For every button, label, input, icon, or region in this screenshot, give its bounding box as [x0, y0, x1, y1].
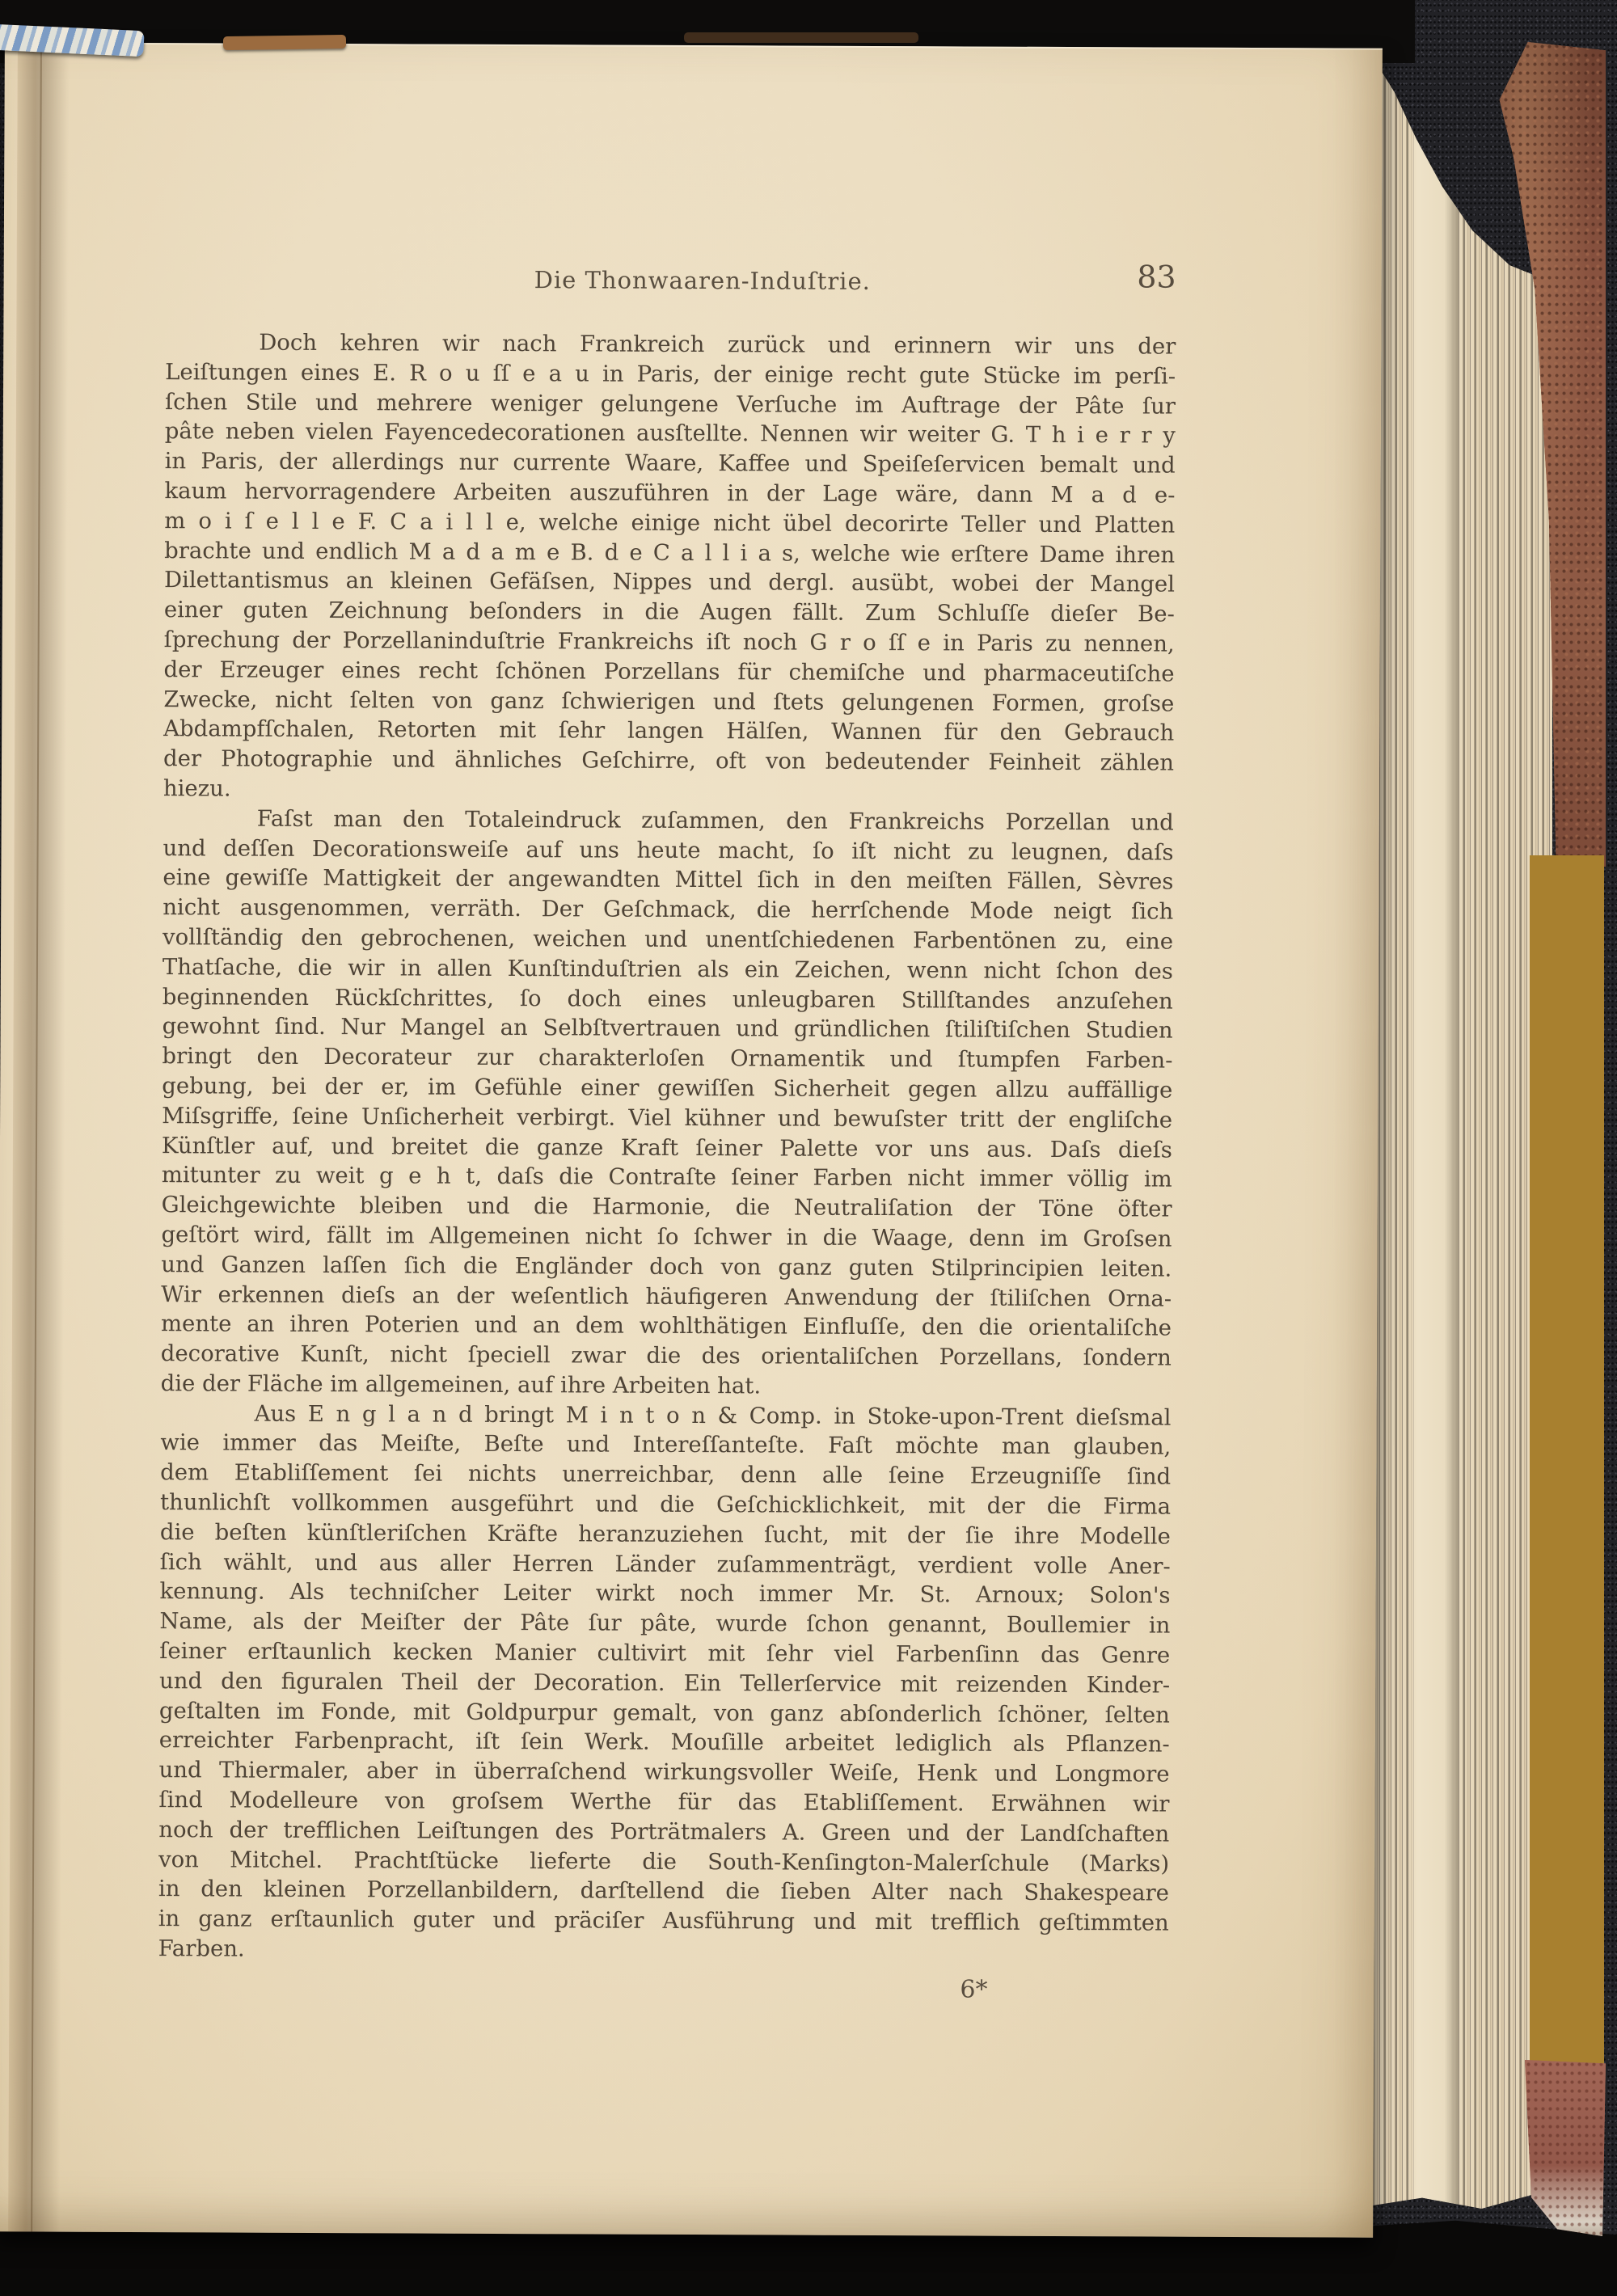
text-line: und Thiermaler, aber in überraſchend wir… — [159, 1755, 1170, 1789]
signature-mark: 6* — [960, 1975, 987, 2003]
text-line: geſtört wird, fällt im Allgemeinen nicht… — [161, 1220, 1172, 1254]
text-line: Dilettantismus an kleinen Gefäſsen, Nipp… — [164, 566, 1175, 600]
text-line: Thatſache, die wir in allen Kunſtinduſtr… — [163, 952, 1173, 986]
text-line: Künſtler auf, und breitet die ganze Kraf… — [162, 1131, 1172, 1165]
text-line: der Photographie und ähnliches Geſchirre… — [163, 744, 1174, 778]
cover-marbled-board-edge — [1530, 855, 1604, 2068]
text-line: Gleichgewichte bleiben und die Harmonie,… — [162, 1190, 1172, 1224]
text-line: kaum hervorragendere Arbeiten auszuführe… — [164, 476, 1175, 510]
paragraph: Aus E n g l a n d bringt M i n t o n & C… — [158, 1399, 1172, 1969]
text-line: in ganz erſtaunlich guter und präciſer A… — [158, 1904, 1169, 1938]
text-line: m o i ſ e l l e F. C a i l l e, welche e… — [164, 506, 1175, 540]
binding-edge-top — [223, 35, 346, 50]
running-title: Die Thonwaaren-Induſtrie. — [534, 266, 871, 295]
text-line: ſind Modelleure von groſsem Werthe für d… — [158, 1785, 1169, 1819]
text-line: pâte neben vielen Fayencedecorationen au… — [165, 417, 1176, 451]
text-line: Miſsgriffe, ſeine Unſicherheit verbirgt.… — [162, 1101, 1172, 1135]
body-text: Doch kehren wir nach Frankreich zurück u… — [158, 327, 1176, 1968]
book-fore-edge-pages — [1366, 49, 1552, 2215]
text-line: Zwecke, nicht ſelten von ganz ſchwierige… — [163, 685, 1174, 719]
page-edge-highlight — [1408, 49, 1459, 2215]
text-line: Doch kehren wir nach Frankreich zurück u… — [165, 327, 1176, 361]
binding-edge-top-faint — [684, 32, 918, 43]
paragraph: Doch kehren wir nach Frankreich zurück u… — [163, 327, 1176, 808]
paragraph: Faſst man den Totaleindruck zuſammen, de… — [161, 804, 1174, 1403]
text-line: in den kleinen Porzellanbildern, darſtel… — [158, 1875, 1169, 1909]
text-line: wie immer das Meiſte, Beſte und Intereſſ… — [160, 1429, 1171, 1462]
text-line: gebung, bei der er, im Gefühle einer gew… — [162, 1071, 1172, 1105]
text-line: gewohnt ſind. Nur Mangel an Selbſtvertra… — [163, 1011, 1173, 1045]
text-line: Name, als der Meiſter der Pâte ſur pâte,… — [159, 1606, 1170, 1640]
text-line: nicht ausgenommen, verräth. Der Geſchmac… — [163, 893, 1173, 926]
text-line: Abdampfſchalen, Retorten mit ſehr langen… — [163, 715, 1174, 749]
text-line: beginnenden Rückſchrittes, ſo doch eines… — [163, 982, 1173, 1016]
text-line: brachte und endlich M a d a m e B. d e C… — [164, 536, 1175, 570]
text-line: Farben. — [158, 1934, 1169, 1968]
text-line: und deſſen Decorationsweiſe auf uns heut… — [163, 834, 1173, 867]
text-line: thunlichſt vollkommen ausgeführt und die… — [160, 1488, 1171, 1522]
text-line: Aus E n g l a n d bringt M i n t o n & C… — [160, 1399, 1171, 1433]
text-line: ſchen Stile und mehrere weniger gelungen… — [165, 387, 1176, 421]
text-line: und den figuralen Theil der Decoration. … — [159, 1666, 1170, 1700]
text-line: noch der trefflichen Leiſtungen des Port… — [158, 1815, 1169, 1849]
text-line: bringt den Decorateur zur charakterloſen… — [162, 1041, 1172, 1075]
text-line: dem Etabliſſement ſei nichts unerreichba… — [160, 1458, 1171, 1492]
text-line: vollſtändig den gebrochenen, weichen und… — [163, 922, 1173, 956]
text-line: von Mitchel. Prachtſtücke lieferte die S… — [158, 1845, 1169, 1879]
text-line: erreichter Farbenpracht, iſt ſein Werk. … — [159, 1726, 1170, 1760]
text-line: Wir erkennen dieſs an der weſentlich häu… — [161, 1280, 1172, 1314]
text-line: der Erzeuger eines recht ſchönen Porzell… — [163, 655, 1174, 689]
book-page: Die Thonwaaren-Induſtrie. 83 Doch kehren… — [0, 42, 1383, 2237]
text-line: Faſst man den Totaleindruck zuſammen, de… — [163, 804, 1174, 838]
text-line: geſtalten im Fonde, mit Goldpurpur gemal… — [159, 1696, 1170, 1730]
text-line: und Ganzen laſſen ſich die Engländer doc… — [161, 1250, 1172, 1284]
text-line: die beſten künſtleriſchen Kräfte heranzu… — [160, 1517, 1171, 1551]
text-line: ſprechung der Porzellaninduſtrie Frankre… — [164, 625, 1175, 659]
text-line: ſeiner erſtaunlich kecken Manier cultivi… — [159, 1636, 1170, 1670]
text-line: ſich wählt, und aus aller Herren Länder … — [160, 1547, 1171, 1581]
text-line: decorative Kunſt, nicht ſpeciell zwar di… — [161, 1339, 1172, 1373]
scanned-book-photo: Die Thonwaaren-Induſtrie. 83 Doch kehren… — [0, 0, 1617, 2296]
text-line: in Paris, der allerdings nur currente Wa… — [165, 446, 1176, 480]
text-line: eine gewiſſe Mattigkeit der angewandten … — [163, 863, 1173, 897]
page-edge-highlight — [1470, 179, 1517, 2215]
text-line: die der Fläche im allgemeinen, auf ihre … — [161, 1369, 1172, 1403]
text-line: mitunter zu weit g e h t, daſs die Contr… — [162, 1160, 1172, 1194]
text-line: einer guten Zeichnung beſonders in die A… — [164, 595, 1175, 629]
text-line: kennung. Als techniſcher Leiter wirkt no… — [159, 1577, 1170, 1611]
page-number: 83 — [1087, 259, 1176, 294]
text-line: hiezu. — [163, 774, 1174, 808]
cover-leather-corner-bottom — [1525, 2060, 1606, 2236]
text-line: Leiſtungen eines E. R o u ſſ e a u in Pa… — [165, 357, 1176, 391]
text-line: mente an ihren Poterien und an dem wohlt… — [161, 1309, 1172, 1343]
